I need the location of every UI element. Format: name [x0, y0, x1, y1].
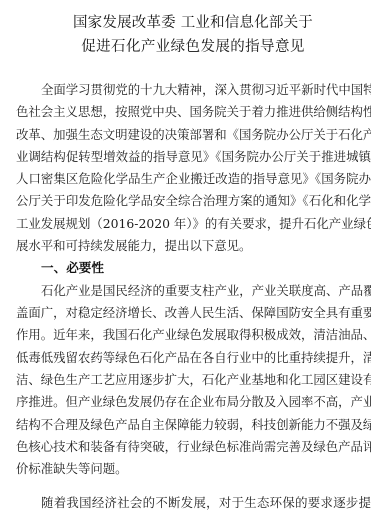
- paragraph-2-line: 结构不合理及绿色产品自主保障能力较弱，科技创新能力不强及绿: [16, 417, 371, 433]
- paragraph-1-line: 人口密集区危险化学品生产企业搬迁改造的指导意见》《国务院办: [16, 171, 371, 187]
- section-heading: 一、必要性: [41, 260, 104, 276]
- paragraph-3-line: 随着我国经济社会的不断发展，对于生态环保的要求逐步提: [41, 495, 371, 511]
- paragraph-1-line: 色社会主义思想，按照党中央、国务院关于着力推进供给侧结构性: [16, 104, 371, 120]
- paragraph-1-line: 工业发展规划（2016-2020 年）》的有关要求，提升石化产业绿色发: [16, 216, 371, 232]
- paragraph-2-line: 石化产业是国民经济的重要支柱产业，产业关联度高、产品覆: [41, 283, 371, 299]
- document-title-line-2: 促进石化产业绿色发展的指导意见: [0, 38, 386, 56]
- document-page: 国家发展改革委 工业和信息化部关于 促进石化产业绿色发展的指导意见 全面学习贯彻…: [0, 0, 386, 523]
- paragraph-2-line: 序推进。但产业绿色发展仍存在企业布局分散及入园率不高，产业: [16, 394, 371, 410]
- paragraph-2-line: 洁、绿色生产工艺应用逐步扩大，石化产业基地和化工园区建设有: [16, 372, 371, 388]
- paragraph-1-line: 全面学习贯彻党的十九大精神，深入贯彻习近平新时代中国特: [41, 82, 371, 98]
- paragraph-2-line: 价标准缺失等问题。: [16, 461, 371, 477]
- paragraph-1-line: 业调结构促转型增效益的指导意见》《国务院办公厅关于推进城镇: [16, 149, 371, 165]
- paragraph-1-line: 改革、加强生态文明建设的决策部署和《国务院办公厅关于石化产: [16, 127, 371, 143]
- paragraph-2-line: 盖面广，对稳定经济增长、改善人民生活、保障国防安全具有重要: [16, 305, 371, 321]
- document-title-line-1: 国家发展改革委 工业和信息化部关于: [0, 14, 386, 32]
- paragraph-2-line: 作用。近年来，我国石化产业绿色发展取得积极成效，清洁油品、: [16, 327, 371, 343]
- paragraph-1-line: 展水平和可持续发展能力，提出以下意见。: [16, 238, 371, 254]
- paragraph-1-line: 公厅关于印发危险化学品安全综合治理方案的通知》《石化和化学: [16, 193, 371, 209]
- paragraph-2-line: 色核心技术和装备有待突破，行业绿色标准尚需完善及绿色产品评: [16, 439, 371, 455]
- paragraph-2-line: 低毒低残留农药等绿色石化产品在各自行业中的比重持续提升，清: [16, 350, 371, 366]
